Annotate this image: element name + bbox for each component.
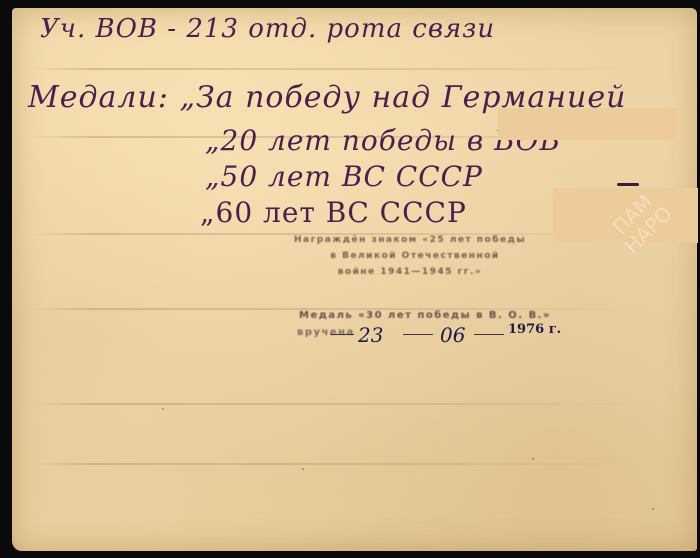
paper-speck <box>652 508 654 510</box>
date-separator <box>403 334 433 335</box>
medal-stamp-line: Медаль «30 лет победы в В. О. В.» <box>285 310 565 321</box>
unit-line: Уч. ВОВ - 213 отд. рота связи <box>40 14 495 44</box>
paper-fold-line <box>32 68 637 70</box>
paper-speck <box>532 458 534 460</box>
date-separator <box>474 334 504 335</box>
paper-fold-line <box>32 403 637 405</box>
issued-month: 06 <box>440 323 465 347</box>
medal-3: „50 лет ВС СССР <box>205 160 483 193</box>
issued-day: 23 <box>358 323 383 347</box>
stamp-line-2: в Великой Отечественной <box>300 251 530 261</box>
date-separator <box>330 334 354 335</box>
redaction-box <box>498 108 678 140</box>
paper-fold-line <box>32 463 637 465</box>
issued-year: 1976 г. <box>508 322 561 337</box>
dash-mark <box>617 183 639 186</box>
medal-4: „60 лет ВС СССР <box>200 196 467 229</box>
medals-label: Медали: <box>28 80 169 115</box>
issued-label: вручена <box>297 327 355 338</box>
stamp-line-1: Награждён знаком «25 лет победы <box>290 235 530 245</box>
stamp-line-3: войне 1941—1945 гг.» <box>300 267 520 277</box>
paper-speck <box>302 468 304 470</box>
paper-speck <box>162 408 164 410</box>
